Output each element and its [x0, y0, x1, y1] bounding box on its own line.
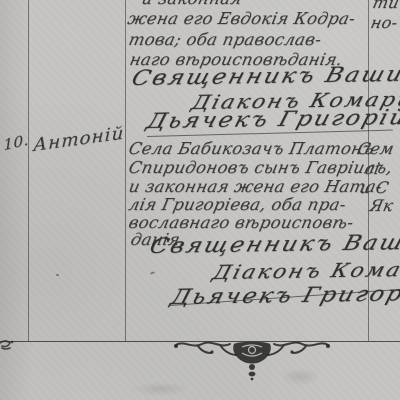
ink-speck	[150, 271, 155, 275]
prev-entry-line: жена его Евдокія Кодра-	[126, 9, 357, 28]
entry-name: Антоній	[33, 123, 125, 156]
entry-line: Села Бабикозачъ Платонъ	[127, 139, 376, 158]
prev-entry-clipped-line: и законная	[140, 0, 244, 8]
floral-ornament	[172, 341, 332, 381]
side-column-fragment: но-	[369, 13, 400, 32]
clerk-signature: Дьячекъ Григорій	[168, 281, 400, 309]
entry-line: Спиридоновъ сынъ Гавріилъ,	[127, 158, 394, 177]
ink-speck	[56, 274, 59, 276]
entry-line: и законная жена его Ната-	[127, 177, 384, 196]
clerk-signature: Дьячекъ Григорій	[144, 105, 400, 133]
side-column-fragment: ти	[371, 0, 400, 12]
side-column-fragment: Сем	[356, 139, 396, 158]
paper-smudge	[130, 382, 190, 396]
edge-ornament-fragment	[0, 338, 16, 352]
deacon-signature: Діаконъ Комарь	[210, 258, 400, 284]
entry-line: лія Григоріева, оба пра-	[127, 195, 348, 214]
priest-signature: Священникъ Ваши	[129, 62, 400, 90]
prev-entry-line: това; оба православ-	[127, 30, 323, 49]
column-rule-number	[28, 0, 29, 341]
register-page-scan: и законная жена его Евдокія Кодра- това;…	[0, 0, 400, 400]
side-column-fragment: Як	[368, 196, 395, 215]
side-column-fragment: и С	[358, 178, 391, 197]
entry-number: 10.	[3, 131, 29, 154]
priest-signature: Священникъ Ваши	[147, 230, 400, 258]
column-rule-name	[125, 0, 126, 341]
